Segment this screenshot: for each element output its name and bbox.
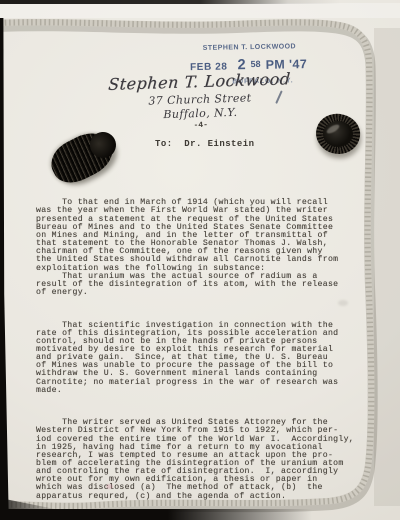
letter-body: To that end in March of 1914 (which you … xyxy=(36,183,372,520)
letterhead: Stephen T. Lockwood 37 Church Street Buf… xyxy=(84,68,316,133)
paragraph-2: That scientific investigation in connect… xyxy=(36,322,372,395)
stamp-name-line: STEPHEN T. LOCKWOOD xyxy=(203,43,325,52)
photo-edge-top xyxy=(0,0,400,4)
ribbed-knob-right xyxy=(314,112,362,156)
letter-photograph: STEPHEN T. LOCKWOOD FEB 28 2 58 PM '47 B… xyxy=(0,0,400,520)
gray-smudge xyxy=(338,300,348,306)
pink-smudge xyxy=(106,484,113,489)
ribbed-knob-left xyxy=(48,128,120,188)
paper-top-margin xyxy=(0,3,400,18)
photo-edge-bottom xyxy=(0,509,400,520)
paragraph-3: The writer served as United States Attor… xyxy=(36,419,372,501)
recipient-line: To: Dr. Einstein xyxy=(155,139,254,149)
stamp-minute: 58 xyxy=(250,58,260,68)
paragraph-1: To that end in March of 1914 (which you … xyxy=(36,199,372,297)
paper-right-margin xyxy=(374,28,400,506)
